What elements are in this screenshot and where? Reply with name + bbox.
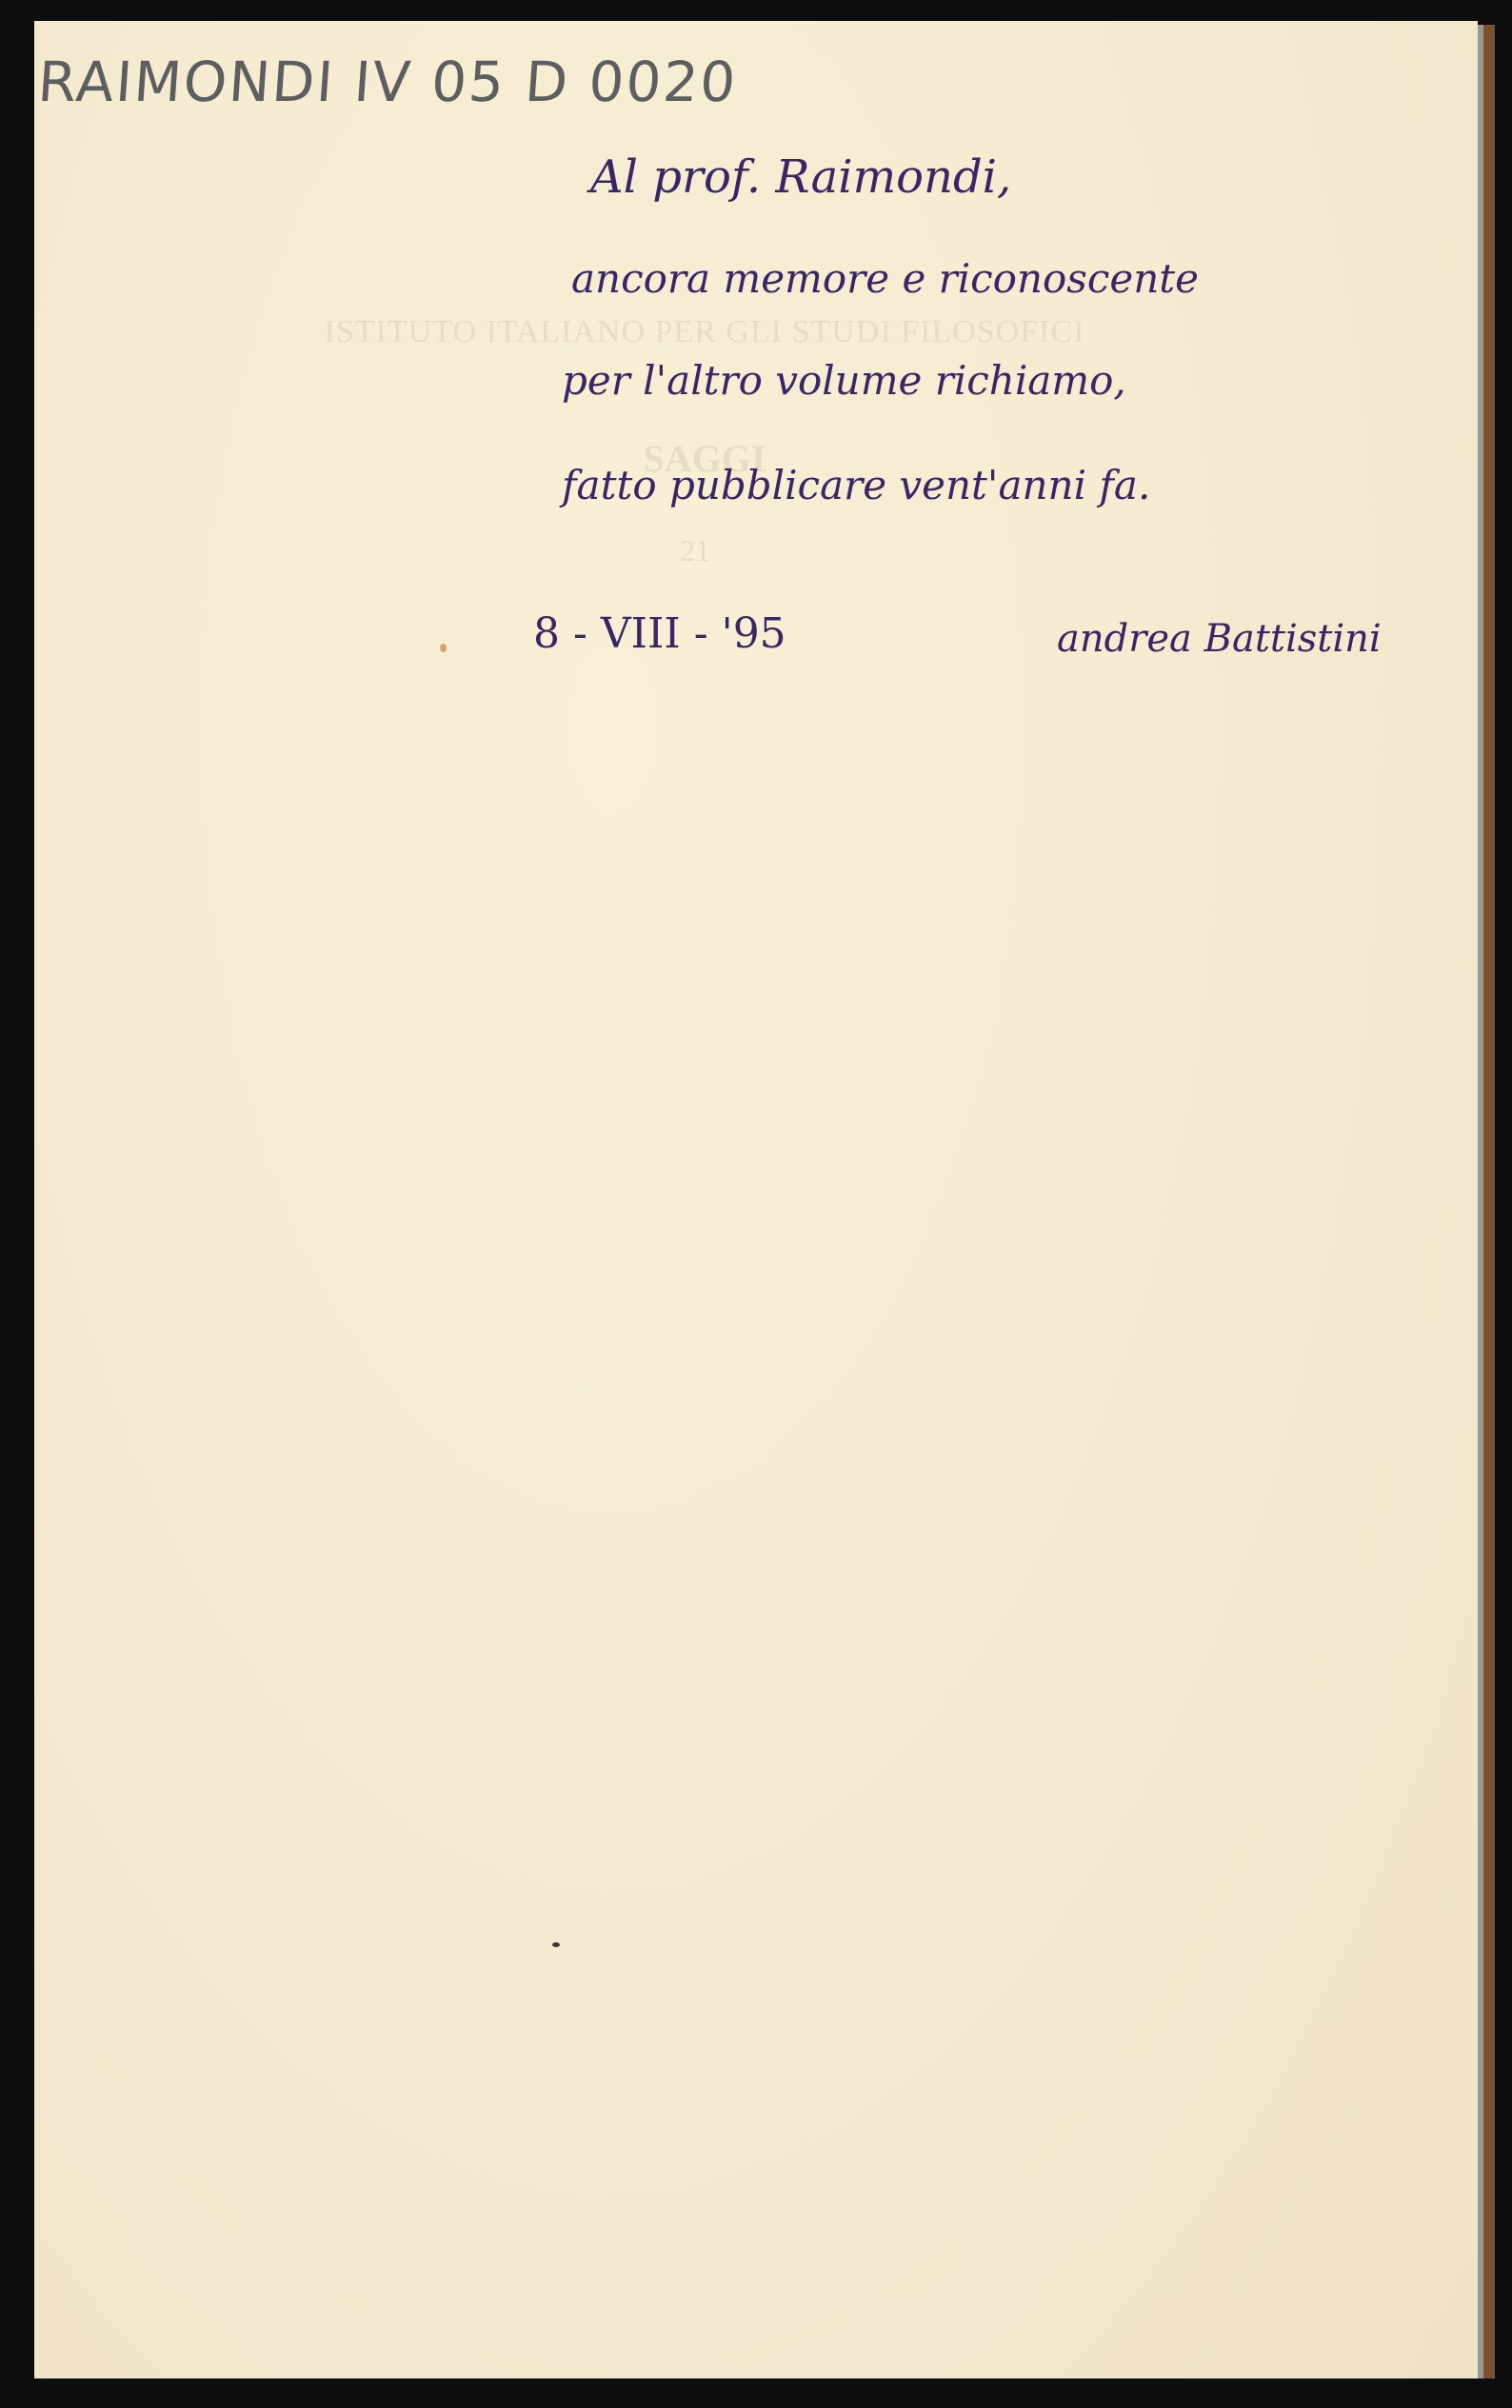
ink-speck (552, 1942, 560, 1947)
foxing-spot (440, 644, 447, 652)
show-through-publisher: ISTITUTO ITALIANO PER GLI STUDI FILOSOFI… (257, 314, 1152, 350)
dedication-line-3: fatto pubblicare vent'anni fa. (562, 462, 1150, 508)
dedication-date: 8 - VIII - '95 (533, 609, 786, 658)
book-cover-edge (1483, 25, 1495, 2378)
dedication-line-2: per l'altro volume richiamo, (562, 357, 1126, 404)
archive-shelfmark: RAIMONDI IV 05 D 0020 (36, 50, 740, 114)
signature: andrea Battistini (1057, 617, 1382, 661)
dedication-salutation: Al prof. Raimondi, (590, 150, 1011, 204)
dedication-line-1: ancora memore e riconoscente (571, 255, 1199, 302)
show-through-number: 21 (657, 533, 733, 568)
